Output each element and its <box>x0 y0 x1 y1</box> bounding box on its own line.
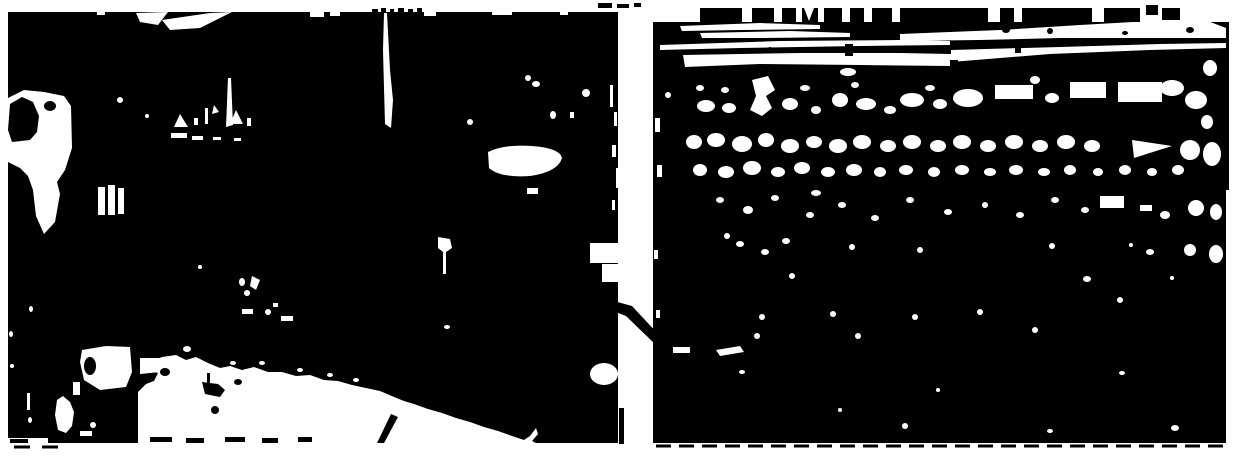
scanned-page <box>0 0 1239 456</box>
left-photo <box>8 12 620 444</box>
right-photo <box>653 20 1230 443</box>
halftone-scan-canvas <box>0 0 1239 456</box>
